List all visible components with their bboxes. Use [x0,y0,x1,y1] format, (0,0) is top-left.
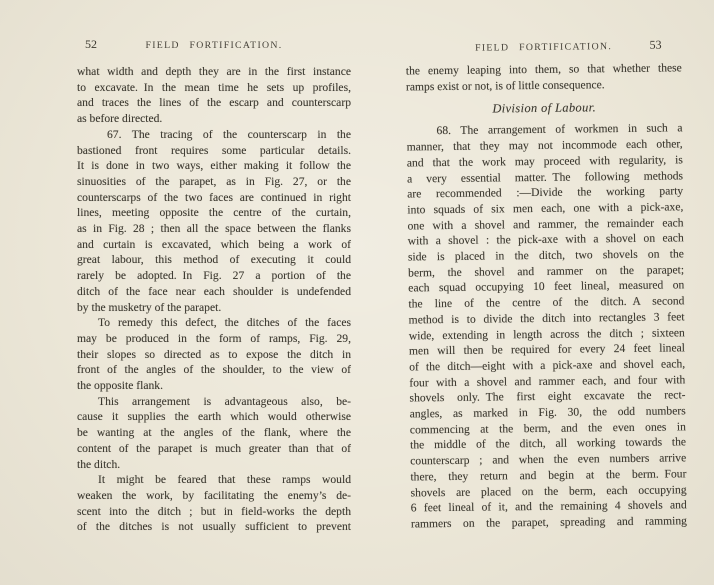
text-line: ditch of the face near each shoulder is … [77,284,351,300]
text-line: of the ditches is not usually sufficient… [77,519,351,535]
paragraph: 67. The tracing of the counterscarp in t… [77,127,351,315]
text-line: It might be feared that these ramps woul… [77,472,351,488]
text-line: To remedy this defect, the ditches of th… [77,315,351,331]
paragraph: the enemy leaping into them, so that whe… [406,60,682,95]
text-line: counterscarps of the two faces are conti… [77,190,351,206]
paragraph: 68. The arrangement of workmen in such a… [406,121,687,532]
text-line: This arrangement is advantageous also, b… [77,394,351,410]
right-running-header: FIELD FORTIFICATION. [405,37,681,54]
text-line: ramps exist or not, is of little consequ… [406,76,682,95]
text-line: rarely be adopted. In Fig. 27 a portion … [77,268,351,284]
text-line: lines, meeting opposite the centre of th… [77,205,351,221]
text-line: cause it supplies the earth which would … [77,409,351,425]
text-line: be wanting at the angles of the flank, w… [77,425,351,441]
text-line: the opposite flank. [77,378,351,394]
section-heading: Division of Labour. [406,99,682,118]
right-page-header: FIELD FORTIFICATION. 53 [405,37,681,56]
text-line: content of the parapet is much greater t… [77,441,351,457]
text-line: by the musketry of the parapet. [77,300,351,316]
text-line: great labour, this method of executing i… [77,252,351,268]
text-line: front of the angles of the shoulder, to … [77,362,351,378]
text-line: weaken the work, by facilitating the ene… [77,488,351,504]
left-page-header: 52 FIELD FORTIFICATION. [77,37,351,53]
paragraph: what width and depth they are in the fir… [77,64,351,127]
left-page: 52 FIELD FORTIFICATION. what width and d… [0,0,357,585]
text-line: the ditch. [77,457,351,473]
text-line: scent into the ditch ; but in field-work… [77,504,351,520]
book-scan: 52 FIELD FORTIFICATION. what width and d… [0,0,714,585]
text-line: and curtain is excavated, which being a … [77,237,351,253]
right-page-text: the enemy leaping into them, so that whe… [406,60,687,532]
paragraph: To remedy this defect, the ditches of th… [77,315,351,394]
right-page: FIELD FORTIFICATION. 53 the enemy leapin… [357,0,714,585]
left-page-number: 52 [85,37,97,52]
text-line: as before directed. [77,111,351,127]
right-page-number: 53 [649,38,661,53]
text-line: It is done in two ways, either making it… [77,158,351,174]
text-line: sinuosities of the parapet, as in Fig. 2… [77,174,351,190]
text-line: rammers on the parapet, spreading and ra… [411,513,687,532]
text-line: as in Fig. 28 ; then all the space betwe… [77,221,351,237]
text-line: to excavate. In the mean time he sets up… [77,80,351,96]
text-line: the enemy leaping into them, so that whe… [406,60,682,79]
text-line: their slopes so directed as to expose th… [77,347,351,363]
text-line: may be produced in the form of ramps, Fi… [77,331,351,347]
text-line: 67. The tracing of the counterscarp in t… [77,127,351,143]
paragraph: This arrangement is advantageous also, b… [77,394,351,473]
text-line: what width and depth they are in the fir… [77,64,351,80]
text-line: bastioned front requires some particular… [77,143,351,159]
left-page-text: what width and depth they are in the fir… [77,64,351,535]
text-line: and traces the lines of the escarp and c… [77,95,351,111]
paragraph: It might be feared that these ramps woul… [77,472,351,535]
left-running-header: FIELD FORTIFICATION. [77,37,351,51]
